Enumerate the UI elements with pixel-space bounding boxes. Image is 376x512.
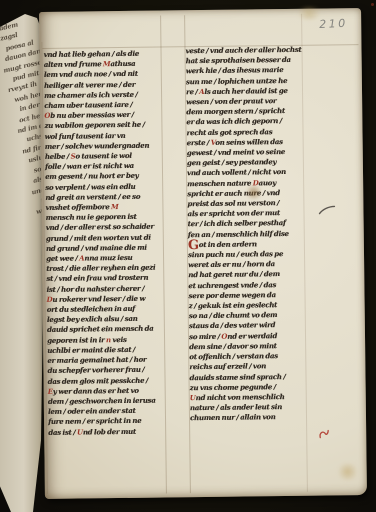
folio-number: 210	[319, 17, 348, 31]
text-column-left: vnd hat lieb gehan / als diealten vnd fr…	[44, 48, 171, 437]
manuscript-line: chumen nur / allain von	[190, 412, 346, 424]
text-column-right: veste / vnd auch der aller hochsthat sie…	[185, 44, 346, 423]
manuscript-line: dem / geschworchen in ierusa	[48, 395, 170, 407]
red-speck	[371, 3, 374, 6]
manuscript-line: grund / mit den worten vut di	[46, 232, 168, 244]
manuscript-page: 210 vnd hat lieb gehan / als diealten vn…	[39, 8, 367, 499]
manuscript-line: das ist / Und lob der mut	[48, 426, 170, 438]
photograph-background: r ademzagslpoosa aldauon danmugt rossepu…	[0, 0, 376, 512]
yellow-stain-bottom	[337, 463, 359, 480]
ink-hook-mark	[318, 204, 336, 215]
manuscript-line: trost / die aller reyhen ein gezi	[46, 263, 168, 275]
red-squiggle-mark	[317, 427, 331, 439]
